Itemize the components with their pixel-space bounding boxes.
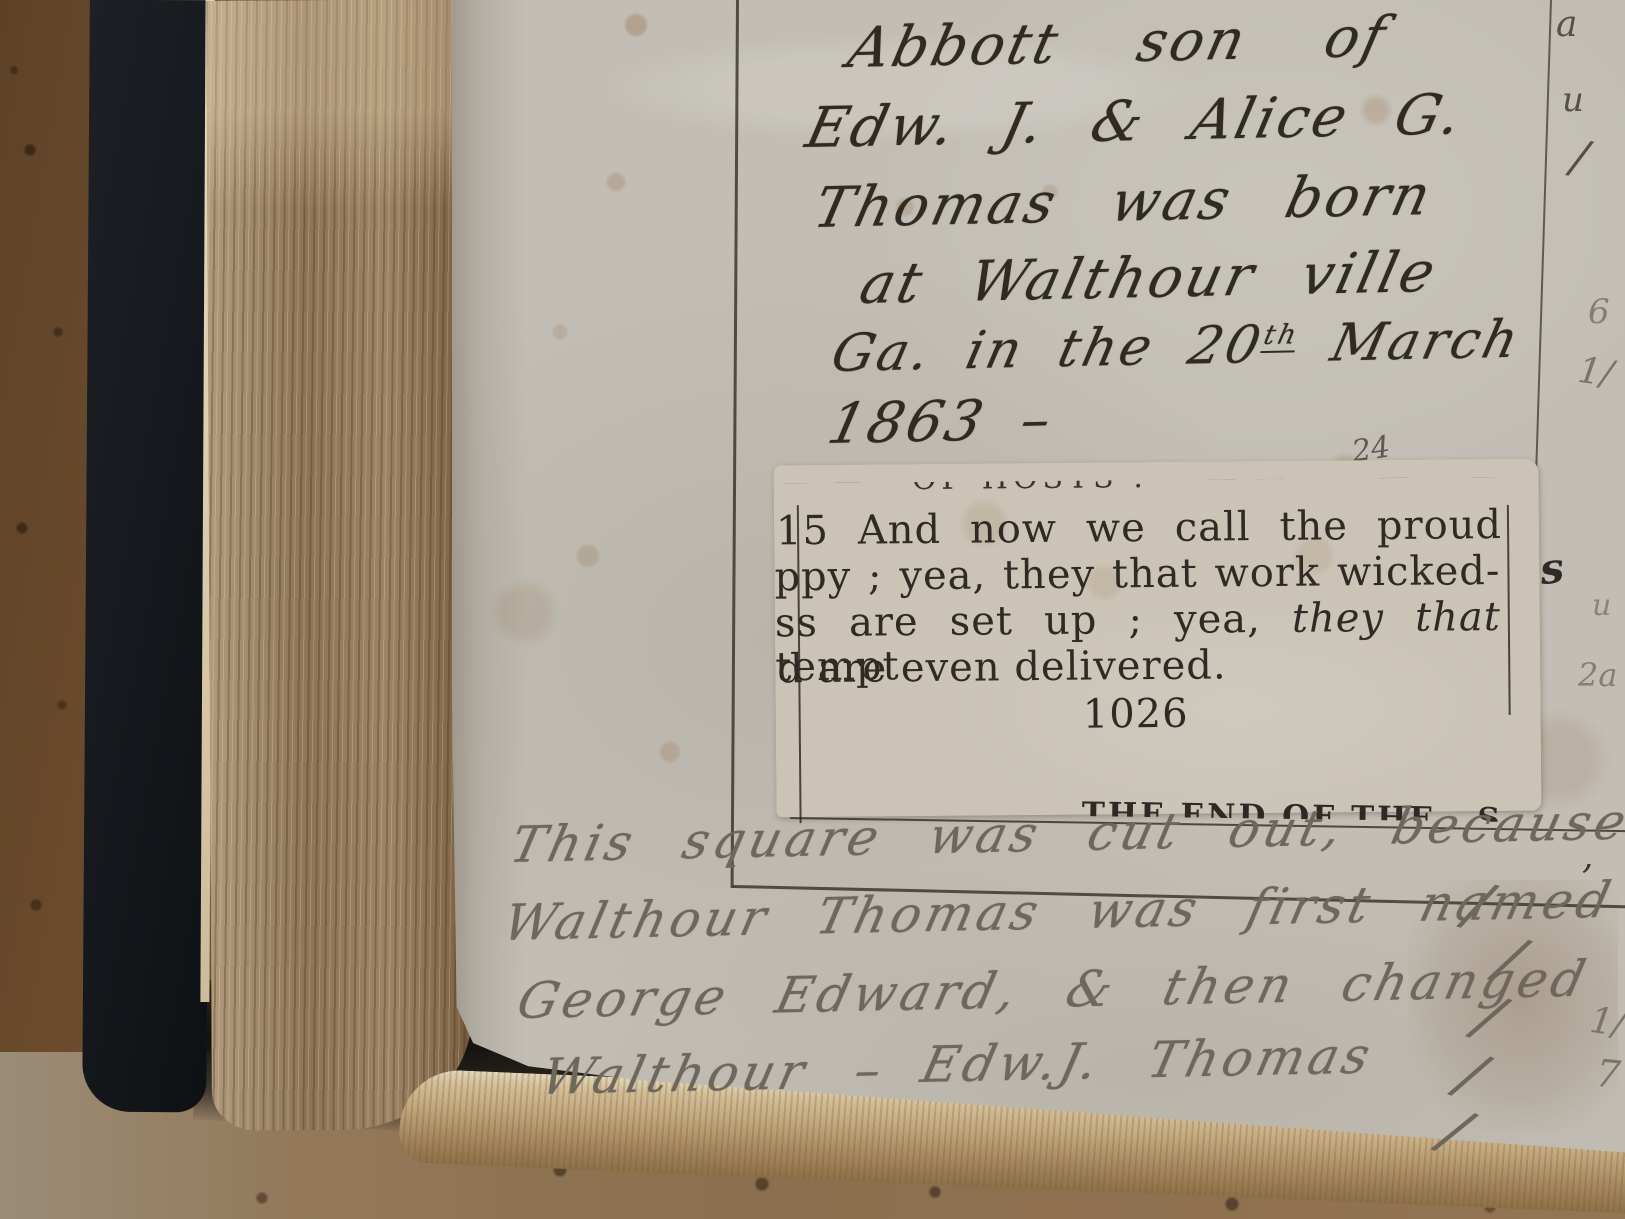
clipping-top-sliver: — — OF HOSTS : — — · — — — <box>784 477 1514 498</box>
pasted-clipping: — — OF HOSTS : — — · — — — 15 And now we… <box>773 459 1541 818</box>
clipping-line-3-italic: they that <box>1292 594 1501 642</box>
edge-fragment: 1/ <box>1587 1000 1625 1045</box>
edge-fragment: 6 <box>1588 292 1610 332</box>
edge-fragment: u <box>1592 588 1611 623</box>
entry-line-6: 1863 – <box>822 387 1060 457</box>
note-line-4-left: Walthour – <box>536 1041 891 1106</box>
edge-fragment: 7 <box>1594 1051 1623 1097</box>
edge-fragment: u <box>1562 80 1584 120</box>
edge-fragment: 1/ <box>1575 350 1615 395</box>
edge-fragment: 2a <box>1578 656 1617 694</box>
clipping-line-4: d are even delivered. <box>777 643 1227 691</box>
entry-line-3: Thomas was born <box>808 163 1439 241</box>
edge-fragment: s <box>1538 543 1567 594</box>
note-signature: Edw.J. Thomas <box>916 1027 1379 1094</box>
clipping-line-2: ppy ; yea, they that work wicked- <box>774 549 1500 599</box>
clipping-line-1: 15 And now we call the proud <box>776 503 1502 553</box>
entry-line-5-text: Ga. in the 20 <box>826 315 1269 384</box>
photo-of-bible-page: Abbott son of Edw. J. & Alice G. Thomas … <box>0 0 1625 1219</box>
clipping-top-sliver-text: — — OF HOSTS : — — · — — — <box>784 477 1514 496</box>
clipping-page-number: 1026 <box>1025 691 1245 737</box>
clipping-line-3-pre: ss are set up ; yea, <box>775 596 1292 647</box>
edge-fragment: a <box>1556 4 1577 45</box>
book-cover <box>82 0 214 1112</box>
page-block-fore-edge <box>206 0 472 1131</box>
entry-line-5-month: March <box>1290 310 1527 375</box>
entry-line-1: Abbott son of <box>842 5 1394 81</box>
entry-line-4: at Walthour ville <box>854 240 1444 317</box>
edge-fragment: , <box>1582 836 1593 877</box>
printed-border-right <box>1507 505 1511 715</box>
